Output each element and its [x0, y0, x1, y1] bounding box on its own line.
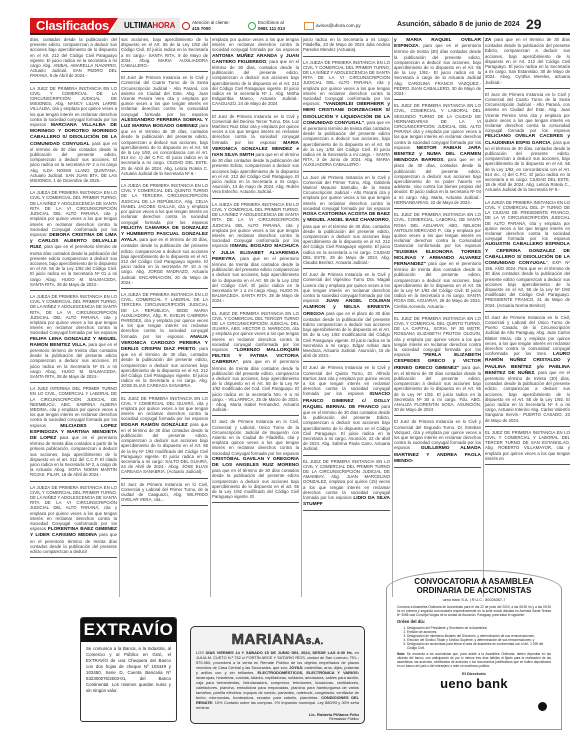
- legal-notice: La Juez de Primera Instancia en lo Civil…: [303, 175, 390, 269]
- ad-company: ueno bank S.A. | R.U.C.: 80026357-7: [397, 598, 551, 602]
- legal-notice: EL JUEZ DE PRIMERA INSTANCIA EN LO CIVIL…: [394, 103, 481, 209]
- legal-notice: EL JUEZ DE PRIMERA INSTANCIA EN LO CIVIL…: [485, 430, 570, 465]
- envelope-icon: [304, 22, 314, 30]
- legal-notice: El Juez de Primera Instancia en lo Civil…: [121, 482, 208, 507]
- decorative-dot-icon: [538, 702, 547, 711]
- legal-notice: El Juez de Primera Instancia en lo Civil…: [394, 419, 481, 468]
- legal-notice: El Juez de Primera Instancia en lo Civil…: [121, 75, 208, 180]
- page-number: 29: [526, 16, 542, 32]
- legal-notice: EL JUEZ DE PRIMERA INSTANCIA EN LO CIVIL…: [394, 212, 481, 313]
- ueno-bank-logo: ueno bank: [397, 676, 551, 691]
- page-header: Clasificados ULTIMAHORA Atención al clie…: [0, 16, 580, 34]
- legal-notice: LA JUEZA DE PRIMERA INSTANCIA EN LO CIVI…: [30, 190, 117, 291]
- ad-agenda-list: Designación del Presidente y Secretario …: [397, 626, 551, 650]
- legal-notice: LA JUEZA DE PRIMERA INSTANCIA EN LO CIVI…: [30, 485, 117, 559]
- legal-notice: LA JUEZA DE PRIMERA INSTANCIA EN LO CIVI…: [30, 294, 117, 383]
- legal-notice: LA JUEZ INTERINA DEL PRIMER TURNO EN LO …: [30, 386, 117, 481]
- contact-phone: Atención al cliente:415 7000: [182, 18, 230, 34]
- extravio-title: EXTRAVÍO: [81, 618, 176, 642]
- legal-notice: EL JUEZ DE PRIMERA INSTANCIA EN LO CIVIL…: [121, 396, 208, 479]
- column-divider: [301, 37, 302, 597]
- ad-note: Nota: Se recuerda a los accionistas que,…: [397, 652, 551, 668]
- column-5: y MARIA RAQUEL OVELAR ESPINOZA, para que…: [394, 37, 481, 471]
- legal-notice: LA JUEZA DE PRIMERA INSTANCIA EN LO CIVI…: [121, 292, 208, 393]
- legal-notice: juicio radica en la Secretaría a mi carg…: [303, 37, 390, 57]
- legal-notice: El Juez de Primera Instancia en lo Civil…: [212, 419, 299, 503]
- legal-notice: LA JUEZA DE PRIMERA INSTANCIA EN LO CIVI…: [303, 60, 390, 172]
- contact-whatsapp: Escríbinos al0981 111 013: [248, 18, 285, 34]
- legal-notice: EL JUEZ DE PRIMERA INSTANCIA EN LO CIVIL…: [303, 459, 390, 512]
- column-6: ZA para que en el término de 30 días con…: [485, 37, 570, 468]
- column-divider: [392, 37, 393, 597]
- column-divider: [483, 37, 484, 597]
- legal-notice: LA JUEZA DE PRIMERA INSTANCIA EN LO CIVI…: [212, 202, 299, 308]
- mariana-auction-ad: MARIANAS.A. LOS DÍAS VIERNES 14 Y SÁBADO…: [190, 626, 365, 724]
- extravio-body: Se comunica a la Banca, a la Industria, …: [81, 642, 176, 698]
- legal-notice: El Juez de Primera Instancia en lo Civil…: [485, 92, 570, 197]
- legal-notice: El Juez de Primera Instancia en lo Civil…: [303, 272, 390, 362]
- column-2: sus acciones, bajo apercibimiento de lo …: [121, 37, 208, 509]
- whatsapp-icon: [248, 22, 256, 30]
- issue-date: Asunción, sábado 8 de junio de 2024: [397, 21, 520, 28]
- legal-notice: El Juez de Primera Instancia en lo Civil…: [212, 114, 299, 199]
- legal-notice: LA JUEZ DE PRIMERA INSTANCIA EN LO CIVIL…: [30, 86, 117, 188]
- header-rule: [30, 33, 570, 35]
- ad-agenda-label: Orden del día:: [397, 619, 551, 624]
- mariana-body: LOS DÍAS VIERNES 14 Y SÁBADO 15 DE JUNIO…: [196, 650, 359, 710]
- legal-notice: ZA para que en el término de 30 días con…: [485, 37, 570, 89]
- column-4: juicio radica en la Secretaría a mi carg…: [303, 37, 390, 514]
- legal-notice: y MARIA RAQUEL OVELAR ESPINOZA, para que…: [394, 37, 481, 100]
- phone-icon: [182, 22, 190, 30]
- mariana-signature-role: Rematador Público: [196, 717, 359, 721]
- column-divider: [119, 37, 120, 597]
- legal-notice: LA JUEZA DE PRIMERA INSTANCIA EN LO CIVI…: [485, 200, 570, 312]
- legal-notice: El Juez de Primera Instancia en lo Civil…: [485, 315, 570, 427]
- contact-email[interactable]: avisos@uhora.com.py: [304, 18, 361, 34]
- column-3: emplaza por quince veces a los que tenga…: [212, 37, 299, 506]
- column-1: días, contados desde la publicación del …: [30, 37, 117, 561]
- ad-title: CONVOCATORIA A ASAMBLEAORDINARIA DE ACCI…: [397, 577, 551, 595]
- ueno-bank-assembly-ad: CONVOCATORIA A ASAMBLEAORDINARIA DE ACCI…: [386, 570, 562, 730]
- column-divider: [210, 37, 211, 597]
- legal-notice: EL JUEZ DE PRIMERA INSTANCIA EN LO CIVIL…: [212, 311, 299, 417]
- legal-notice: días, contados desde la publicación del …: [30, 37, 117, 83]
- extravio-ad: EXTRAVÍO Se comunica a la Banca, a la In…: [80, 617, 177, 722]
- section-title: Clasificados: [30, 18, 118, 34]
- legal-notice: sus acciones, bajo apercibimiento de lo …: [121, 37, 208, 72]
- ad-intro: Convoca a Asamblea Ordinaria de Accionis…: [397, 605, 551, 617]
- mariana-logo: MARIANAS.A.: [196, 631, 359, 648]
- legal-notice: LA JUEZA DE PRIMERA INSTANCIA EN LO CIVI…: [121, 183, 208, 289]
- legal-notice: EL JUEZ DE PRIMERA INSTANCIA EN LO CIVIL…: [394, 316, 481, 417]
- newspaper-logo: ULTIMAHORA: [110, 18, 180, 34]
- legal-notice: El Juez de Primera Instancia en lo Civil…: [303, 365, 390, 455]
- legal-notice: emplaza por quince veces a los que tenga…: [212, 37, 299, 111]
